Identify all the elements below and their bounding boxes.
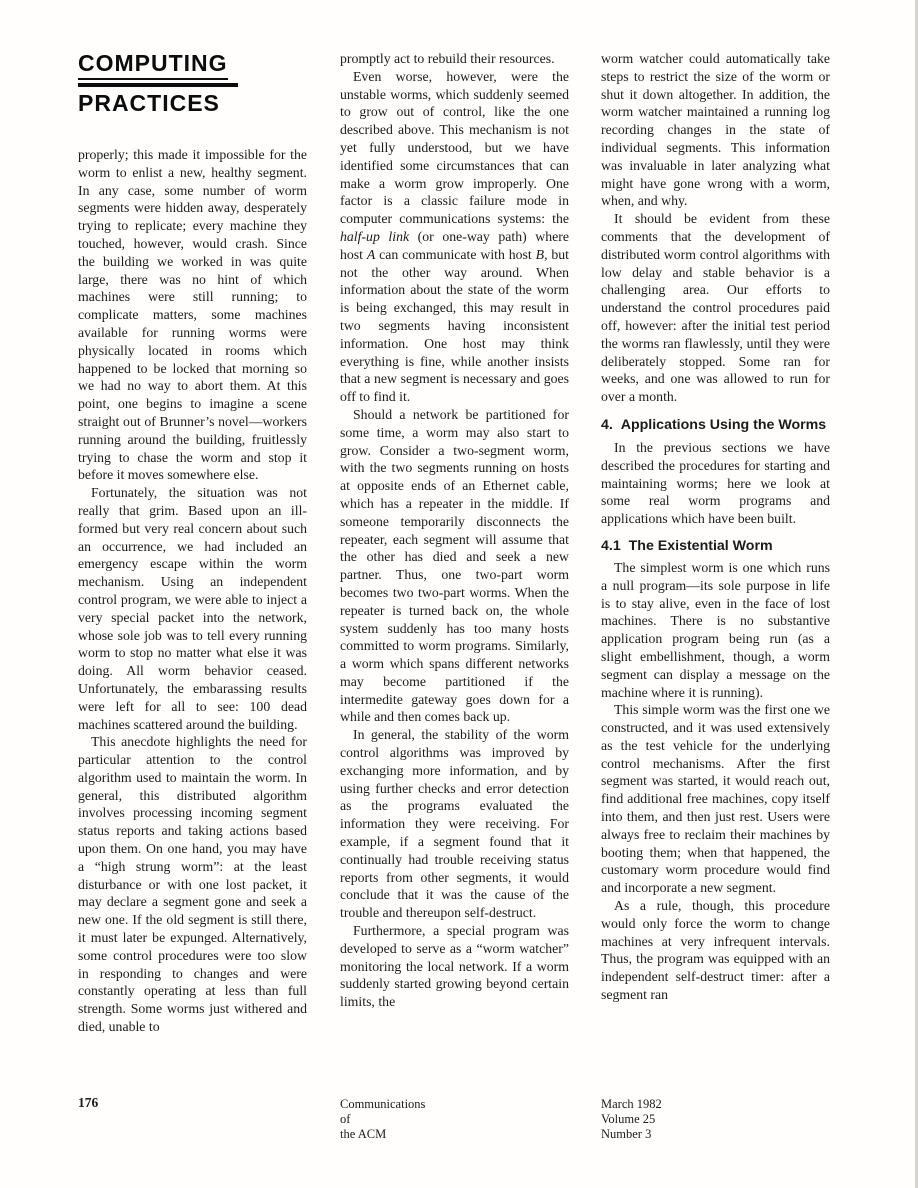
paragraph: The simplest worm is one which runs a nu… <box>601 559 830 701</box>
paragraph: Even worse, however, were the unstable w… <box>340 68 569 406</box>
text-run: In general, the stability of the worm co… <box>340 727 569 920</box>
text-run: This anecdote highlights the need for pa… <box>78 734 307 1034</box>
masthead: COMPUTING PRACTICES <box>78 52 242 116</box>
text-run: It should be evident from these comments… <box>601 211 830 404</box>
text-run: can communicate with host <box>375 247 535 262</box>
paragraph: This anecdote highlights the need for pa… <box>78 733 307 1036</box>
text-run: worm watcher could automatically take st… <box>601 51 830 208</box>
masthead-line-practices: PRACTICES <box>78 90 220 116</box>
text-run: The simplest worm is one which runs a nu… <box>601 560 830 700</box>
text-run: properly; this made it impossible for th… <box>78 147 307 482</box>
issue-line: Volume 25 <box>601 1112 662 1127</box>
paragraph: Fortunately, the situation was not reall… <box>78 484 307 733</box>
journal-line: Communications <box>340 1097 425 1112</box>
text-run: Furthermore, a special program was devel… <box>340 923 569 1009</box>
text-run: In the previous sections we have describ… <box>601 440 830 526</box>
text-run: This simple worm was the first one we co… <box>601 702 830 895</box>
paragraph: In general, the stability of the worm co… <box>340 726 569 922</box>
paragraph: It should be evident from these comments… <box>601 210 830 406</box>
paragraph: In the previous sections we have describ… <box>601 439 830 528</box>
text-run: Fortunately, the situation was not reall… <box>78 485 307 731</box>
italic-text-run: half-up link <box>340 229 409 244</box>
subsection-heading: 4.1 The Existential Worm <box>601 537 830 555</box>
issue-info: March 1982 Volume 25 Number 3 <box>601 1097 662 1141</box>
paragraph: This simple worm was the first one we co… <box>601 701 830 897</box>
text-run: Should a network be partitioned for some… <box>340 407 569 725</box>
journal-line: the ACM <box>340 1127 425 1142</box>
text-column-3: worm watcher could automatically take st… <box>601 50 830 1004</box>
text-run: As a rule, though, this procedure would … <box>601 898 830 1002</box>
paragraph: promptly act to rebuild their resources. <box>340 50 569 68</box>
section-heading: 4. Applications Using the Worms <box>601 416 830 434</box>
italic-text-run: B <box>536 247 544 262</box>
text-column-1: properly; this made it impossible for th… <box>78 146 307 1036</box>
text-run: , but not the other way around. When inf… <box>340 247 569 404</box>
text-column-2: promptly act to rebuild their resources.… <box>340 50 569 1011</box>
masthead-rule <box>78 83 238 87</box>
page-number: 176 <box>78 1095 98 1111</box>
journal-line: of <box>340 1112 425 1127</box>
masthead-line-computing: COMPUTING <box>78 52 228 80</box>
journal-name: Communications of the ACM <box>340 1097 425 1141</box>
paragraph: As a rule, though, this procedure would … <box>601 897 830 1004</box>
paragraph: Should a network be partitioned for some… <box>340 406 569 726</box>
paragraph: Furthermore, a special program was devel… <box>340 922 569 1011</box>
issue-line: Number 3 <box>601 1127 662 1142</box>
paper-page: COMPUTING PRACTICES properly; this made … <box>0 0 918 1188</box>
issue-line: March 1982 <box>601 1097 662 1112</box>
text-run: Even worse, however, were the unstable w… <box>340 69 569 226</box>
text-run: promptly act to rebuild their resources. <box>340 51 555 66</box>
paragraph: properly; this made it impossible for th… <box>78 146 307 484</box>
paragraph: worm watcher could automatically take st… <box>601 50 830 210</box>
